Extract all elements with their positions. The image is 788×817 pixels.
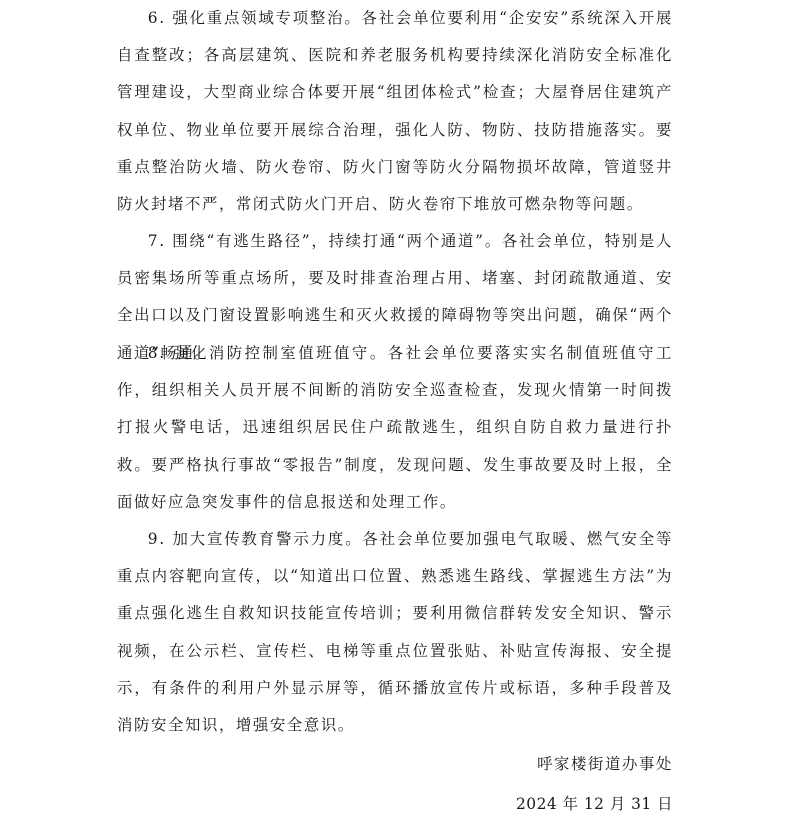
signature-date: 2024 年 12 月 31 日 — [516, 792, 673, 814]
signature-organization: 呼家楼街道办事处 — [537, 752, 673, 774]
paragraph-8: 8. 强化消防控制室值班值守。各社会单位要落实实名制值班值守工作，组织相关人员开… — [117, 335, 673, 521]
paragraph-9: 9. 加大宣传教育警示力度。各社会单位要加强电气取暖、燃气安全等重点内容靶向宣传… — [117, 521, 673, 744]
paragraph-6: 6. 强化重点领域专项整治。各社会单位要利用“企安安”系统深入开展自查整改；各高… — [117, 0, 673, 223]
